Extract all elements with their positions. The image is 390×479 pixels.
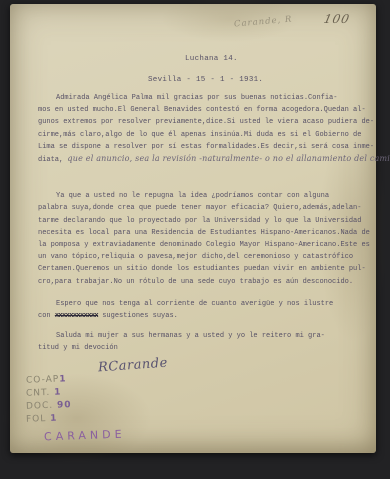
catalog-codes: CO-AP1 CNT. 1 DOC. 90 FOL 1 CARANDE	[26, 373, 126, 442]
letter-paper: Carande, R 100 Luchana 14. Sevilla - 15 …	[10, 4, 376, 453]
typed-line: palabra suya,donde crea que puede tener …	[38, 202, 376, 214]
typed-line-with-strikeout: con xxxxxxxxxxxx sugestiones suyas.	[38, 310, 376, 322]
catalog-code-label: CO-AP	[26, 375, 60, 386]
catalog-code-label: CNT.	[26, 388, 51, 399]
typed-line: cro,para trabajar.No un rótulo de una se…	[38, 276, 376, 288]
paragraph-2: Ya que a usted no le repugna la idea ¿po…	[38, 190, 376, 288]
catalog-code-number: 90	[57, 400, 72, 411]
paragraph-3: Espero que nos tenga al corriente de cua…	[38, 298, 376, 322]
catalog-code: FOL 1	[26, 410, 126, 426]
typed-line: un vano tópico,reliquia o pavesa,mejor d…	[38, 251, 376, 263]
letter-body: Admirada Angélica Palma mil gracias por …	[38, 92, 376, 374]
typed-line: cirme,más claro,algo de lo que él apenas…	[38, 129, 376, 141]
archivist-name-annotation: Carande, R	[234, 14, 293, 29]
typed-line: Espero que nos tenga al corriente de cua…	[38, 298, 376, 310]
letter-address: Luchana 14.	[185, 55, 238, 63]
catalog-code-number: 1	[50, 414, 58, 424]
typed-line: titud y mi devoción	[38, 342, 376, 354]
typed-line-with-note: diata, que el anuncio, sea la revisión -…	[38, 153, 376, 166]
typed-line: necesita es local para una Residencia de…	[38, 227, 376, 239]
typed-fragment: sugestiones suyas.	[98, 312, 178, 320]
paragraph-1: Admirada Angélica Palma mil gracias por …	[38, 92, 376, 166]
typed-fragment: con	[38, 312, 55, 320]
catalog-code-label: FOL	[26, 414, 47, 425]
typed-line: Ya que a usted no le repugna la idea ¿po…	[38, 190, 376, 202]
scanned-letter-screenshot: Carande, R 100 Luchana 14. Sevilla - 15 …	[0, 0, 390, 479]
typed-line: mos en usted mucho.El General Benavides …	[38, 104, 376, 116]
catalog-code-number: 1	[54, 388, 62, 398]
typed-line: tarme declarando que lo proyectado por l…	[38, 215, 376, 227]
paragraph-4: Saluda mi mujer a sus hermanas y a usted…	[38, 330, 376, 354]
page-number-annotation: 100	[323, 12, 352, 26]
catalog-code-label: DOC.	[26, 401, 54, 412]
typed-line: Certamen.Queremos un sitio donde los est…	[38, 263, 376, 275]
typed-line: Admirada Angélica Palma mil gracias por …	[38, 92, 376, 104]
letter-dateline: Sevilla - 15 - 1 - 1931.	[148, 76, 263, 84]
typed-line: la pomposa y extraviadamente denominado …	[38, 239, 376, 251]
typed-fragment: diata,	[38, 156, 67, 164]
typed-line: Lima se dispone a resolver por sí estas …	[38, 141, 376, 153]
catalog-name-annotation: CARANDE	[44, 428, 126, 444]
typed-line: gunos extremos por resolver previamente,…	[38, 116, 376, 128]
catalog-code-number: 1	[59, 374, 67, 384]
typed-line: Saluda mi mujer a sus hermanas y a usted…	[38, 330, 376, 342]
interlinear-handwritten-note: que el anuncio, sea la revisión -natural…	[67, 154, 390, 163]
struck-out-word: xxxxxxxxxxxx	[55, 312, 98, 320]
